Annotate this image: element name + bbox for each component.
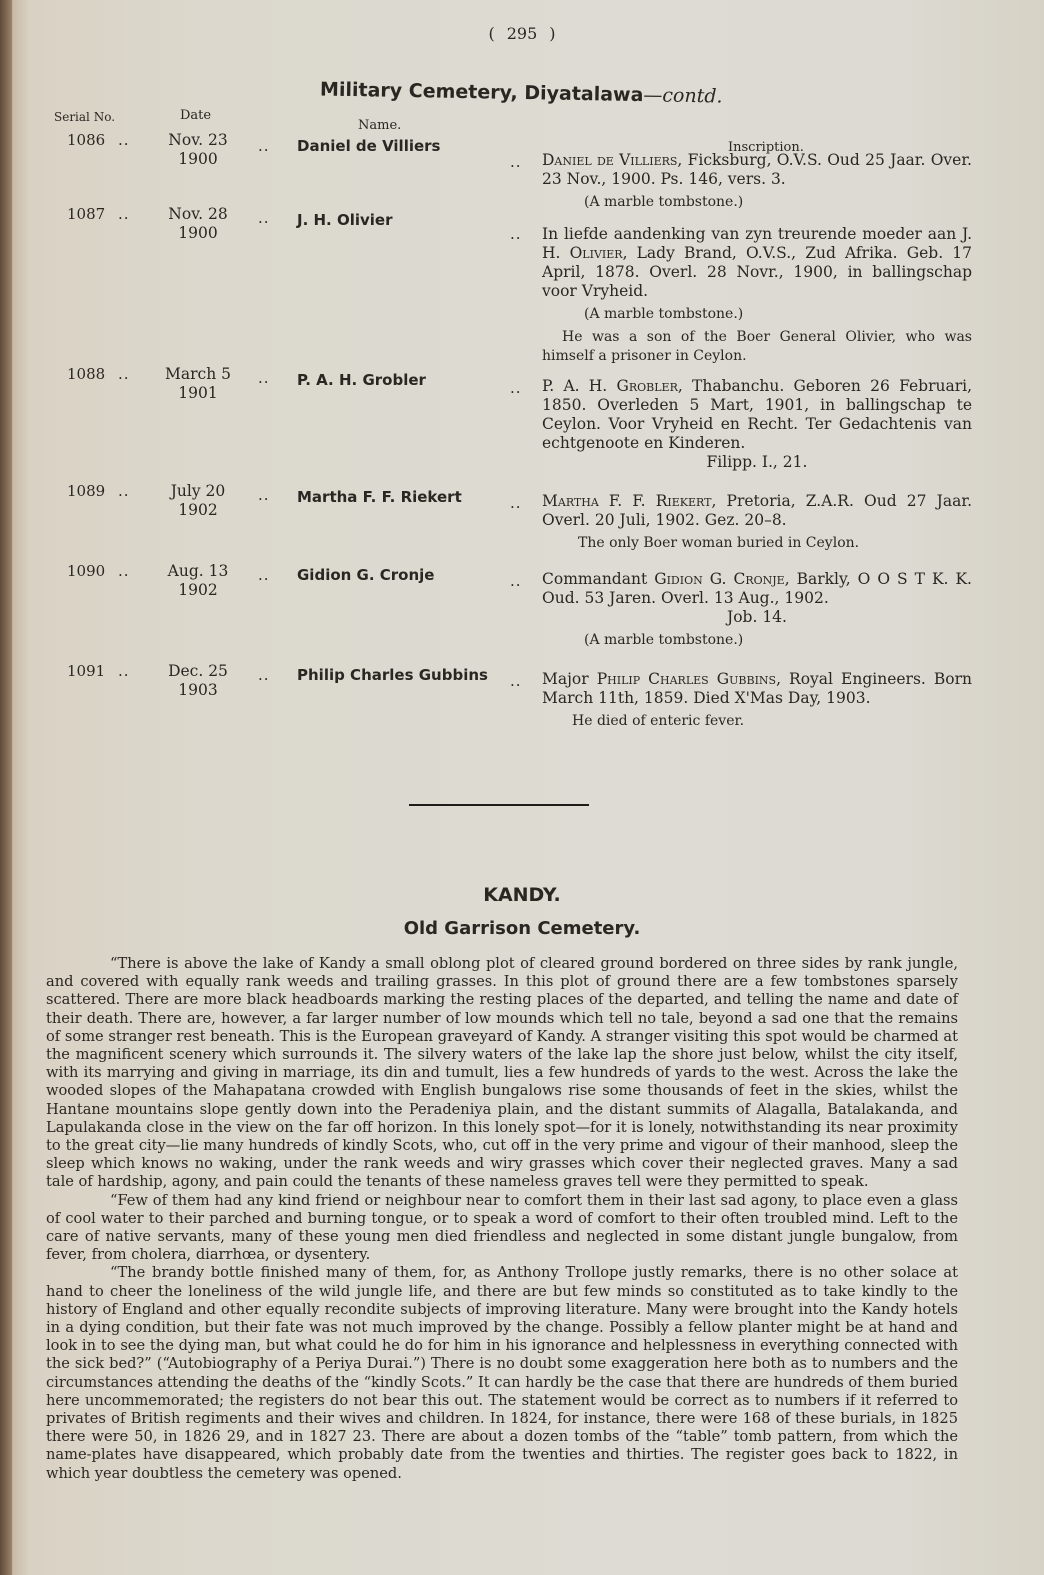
burial-date: Nov. 231900 [158,131,238,169]
inscription: P. A. H. Grobler, Thabanchu. Geboren 26 … [542,377,972,472]
deceased-name: Martha F. F. Riekert [297,488,462,506]
inscription: Martha F. F. Riekert, Pretoria, Z.A.R. O… [542,492,972,553]
leader-dots: .. [118,662,130,680]
leader-dots: .. [510,494,522,512]
leader-dots: .. [118,365,130,383]
burial-date: Dec. 251903 [158,662,238,700]
inscription-note: (A marble tombstone.) [542,305,972,324]
deceased-name: Gidion G. Cronje [297,566,434,584]
serial-number: 1086 [67,131,105,149]
book-spine-edge [0,0,12,1575]
inscription-remark: He died of enteric fever. [542,712,972,731]
leader-dots: .. [258,666,270,684]
serial-number: 1089 [67,482,105,500]
column-header-serial: Serial No. [54,110,115,124]
leader-dots: .. [510,379,522,397]
page-number: (295) [0,24,1044,43]
burial-date: Nov. 281900 [158,205,238,243]
inscription-verse: Filipp. I., 21. [542,453,972,472]
leader-dots: .. [258,209,270,227]
leader-dots: .. [510,572,522,590]
burial-date: March 51901 [158,365,238,403]
column-header-name: Name. [358,118,401,133]
inscription-verse: Job. 14. [542,608,972,627]
serial-number: 1090 [67,562,105,580]
inscription: Major Philip Charles Gubbins, Royal Engi… [542,670,972,731]
serial-number: 1087 [67,205,105,223]
serial-number: 1091 [67,662,105,680]
section-divider [409,804,589,806]
inscription: In liefde aandenking van zyn treurende m… [542,225,972,366]
inscription: Daniel de Villiers, Ficksburg, O.V.S. Ou… [542,151,972,212]
leader-dots: .. [258,486,270,504]
leader-dots: .. [118,562,130,580]
serial-number: 1088 [67,365,105,383]
kandy-heading: KANDY. [0,884,1044,906]
burial-date: Aug. 131902 [158,562,238,600]
column-header-date: Date [180,108,211,123]
kandy-subheading: Old Garrison Cemetery. [0,918,1044,939]
kandy-body-text: “There is above the lake of Kandy a smal… [46,955,958,1483]
leader-dots: .. [510,153,522,171]
deceased-name: P. A. H. Grobler [297,371,426,389]
inscription-note: (A marble tombstone.) [542,193,972,212]
inscription-remark: He was a son of the Boer General Olivier… [542,328,972,366]
leader-dots: .. [118,482,130,500]
leader-dots: .. [258,369,270,387]
leader-dots: .. [510,225,522,243]
inscription-remark: The only Boer woman buried in Ceylon. [542,534,972,553]
deceased-name: J. H. Olivier [297,211,393,229]
paragraph: “There is above the lake of Kandy a smal… [46,955,958,1192]
inscription: Commandant Gidion G. Cronje, Barkly, O O… [542,570,972,650]
paragraph: “The brandy bottle finished many of them… [46,1264,958,1482]
deceased-name: Daniel de Villiers [297,137,440,155]
leader-dots: .. [510,672,522,690]
burial-date: July 201902 [158,482,238,520]
leader-dots: .. [258,566,270,584]
leader-dots: .. [118,205,130,223]
section-title: Military Cemetery, Diyatalawa—contd. [320,78,723,107]
leader-dots: .. [118,131,130,149]
paragraph: “Few of them had any kind friend or neig… [46,1192,958,1265]
leader-dots: .. [258,137,270,155]
inscription-note: (A marble tombstone.) [542,631,972,650]
deceased-name: Philip Charles Gubbins [297,666,488,684]
